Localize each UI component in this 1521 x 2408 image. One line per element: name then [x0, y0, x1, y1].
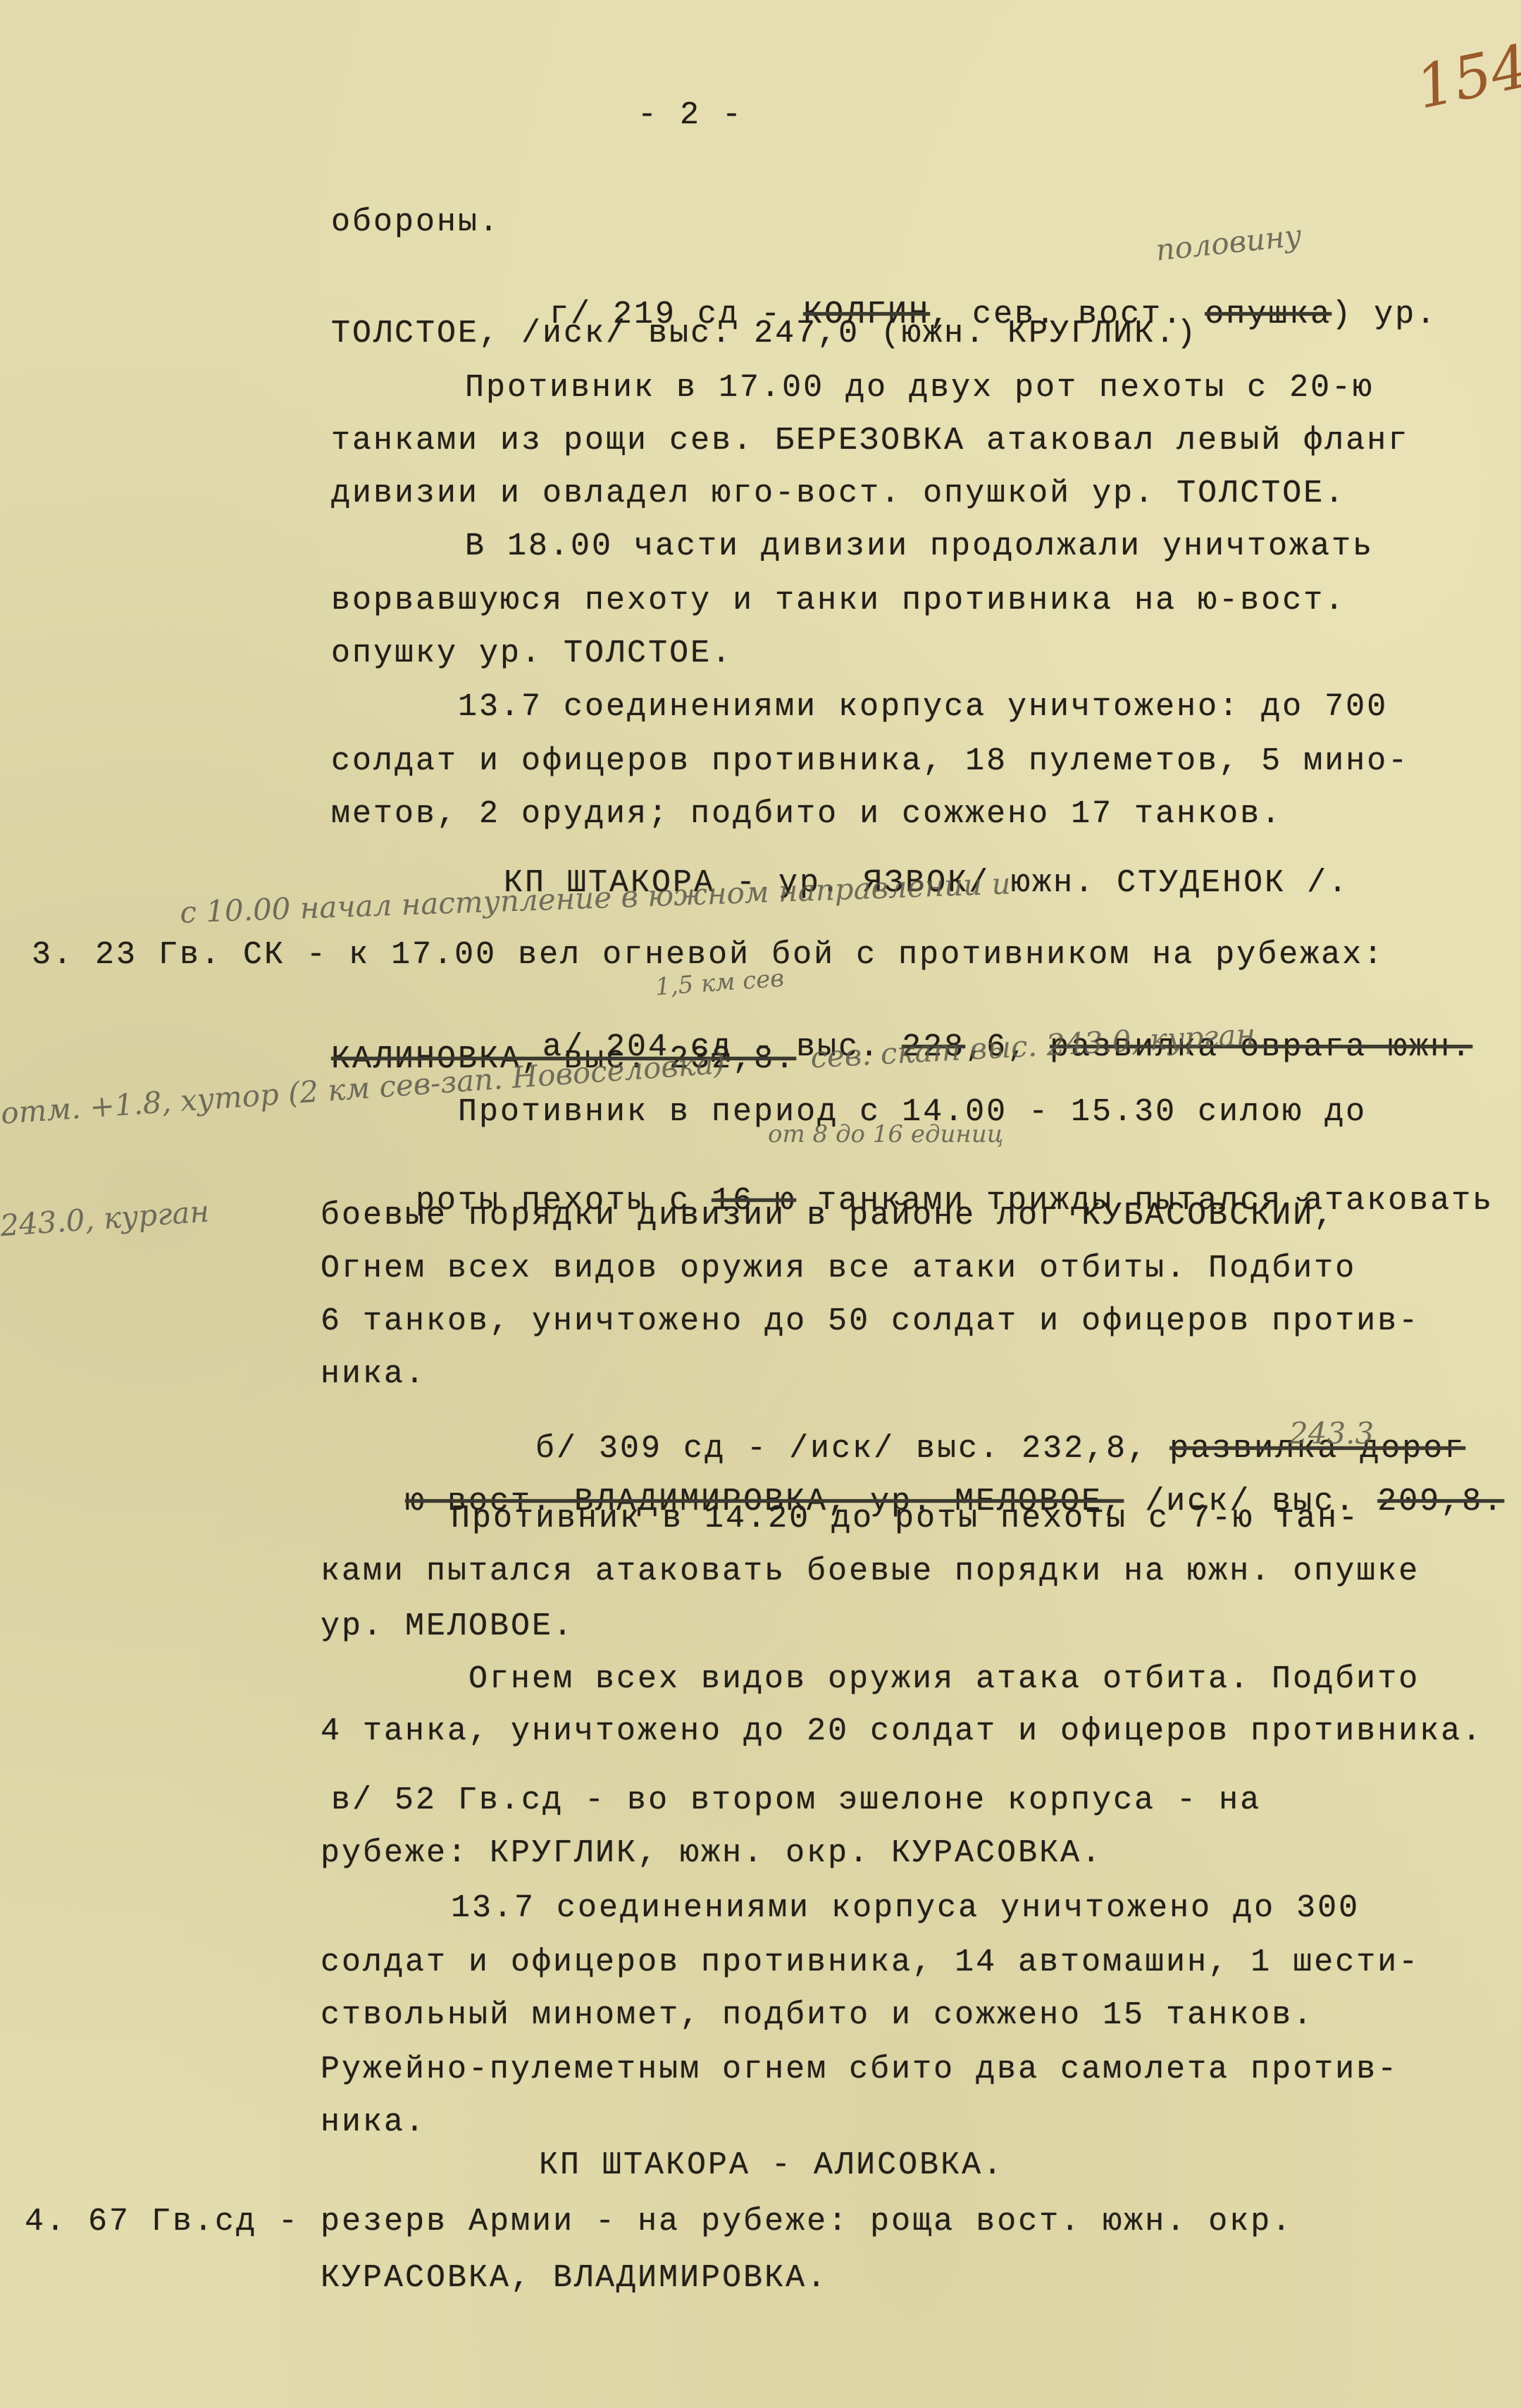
- line-19: Огнем всех видов оружия все атаки отбиты…: [321, 1250, 1356, 1286]
- line-38: КУРАСОВКА, ВЛАДИМИРОВКА.: [321, 2260, 828, 2296]
- line-27: Огнем всех видов оружия атака отбита. По…: [468, 1661, 1420, 1697]
- line-34: Ружейно-пулеметным огнем сбито два самол…: [321, 2052, 1398, 2087]
- line-36: КП ШТАКОРА - АЛИСОВКА.: [539, 2147, 1004, 2183]
- line-4: танками из рощи сев. БЕРЕЗОВКА атаковал …: [331, 423, 1409, 459]
- line-0: обороны.: [331, 204, 500, 240]
- line-1: г/ 219 сд - КОЛГИН, сев. вост. опушка) у…: [465, 261, 1437, 368]
- line-2: ТОЛСТОЕ, /иск/ выс. 247,0 (южн. КРУГЛИК.…: [331, 316, 1198, 352]
- line-6: В 18.00 части дивизии продолжали уничтож…: [465, 528, 1374, 564]
- line-9: 13.7 соединениями корпуса уничтожено: до…: [458, 689, 1388, 725]
- line-31: 13.7 соединениями корпуса уничтожено до …: [451, 1890, 1360, 1926]
- archive-page-number: 154: [1410, 31, 1521, 122]
- line-32: солдат и офицеров противника, 14 автомаш…: [321, 1944, 1420, 1980]
- line-26: ур. МЕЛОВОЕ.: [321, 1608, 574, 1644]
- page-marker: - 2 -: [638, 97, 743, 133]
- line-25: ками пытался атаковать боевые порядки на…: [321, 1553, 1420, 1589]
- line-18: боевые порядки дивизии в районе лог КУБА…: [321, 1198, 1335, 1234]
- line-28: 4 танка, уничтожено до 20 солдат и офице…: [321, 1713, 1483, 1749]
- line-10: солдат и офицеров противника, 18 пулемет…: [331, 743, 1409, 779]
- line-33: ствольный миномет, подбито и сожжено 15 …: [321, 1997, 1314, 2033]
- line-5: дивизии и овладел юго-вост. опушкой ур. …: [331, 476, 1346, 511]
- handwritten-height-correction: 243.3: [1289, 1416, 1374, 1451]
- line-13: 3. 23 Гв. СК - к 17.00 вел огневой бой с…: [32, 937, 1384, 973]
- line-20: 6 танков, уничтожено до 50 солдат и офиц…: [321, 1303, 1420, 1339]
- handwritten-left-margin-2: 243.0, курган: [0, 1194, 211, 1243]
- handwritten-above-tanks: от 8 до 16 единиц: [768, 1120, 1003, 1148]
- line-29: в/ 52 Гв.сд - во втором эшелоне корпуса …: [331, 1782, 1261, 1818]
- line-8: опушку ур. ТОЛСТОЕ.: [331, 635, 733, 671]
- line-7: ворвавшуюся пехоту и танки противника на…: [331, 583, 1346, 619]
- line-3: Противник в 17.00 до двух рот пехоты с 2…: [465, 370, 1374, 406]
- line-30: рубеже: КРУГЛИК, южн. окр. КУРАСОВКА.: [321, 1835, 1103, 1871]
- line-24: Противник в 14.20 до роты пехоты с 7-ю т…: [451, 1501, 1360, 1537]
- line-37: 4. 67 Гв.сд - резерв Армии - на рубеже: …: [25, 2204, 1293, 2240]
- line-21: ника.: [321, 1356, 426, 1392]
- line-35: ника.: [321, 2104, 426, 2140]
- line-11: метов, 2 орудия; подбито и сожжено 17 та…: [331, 796, 1282, 832]
